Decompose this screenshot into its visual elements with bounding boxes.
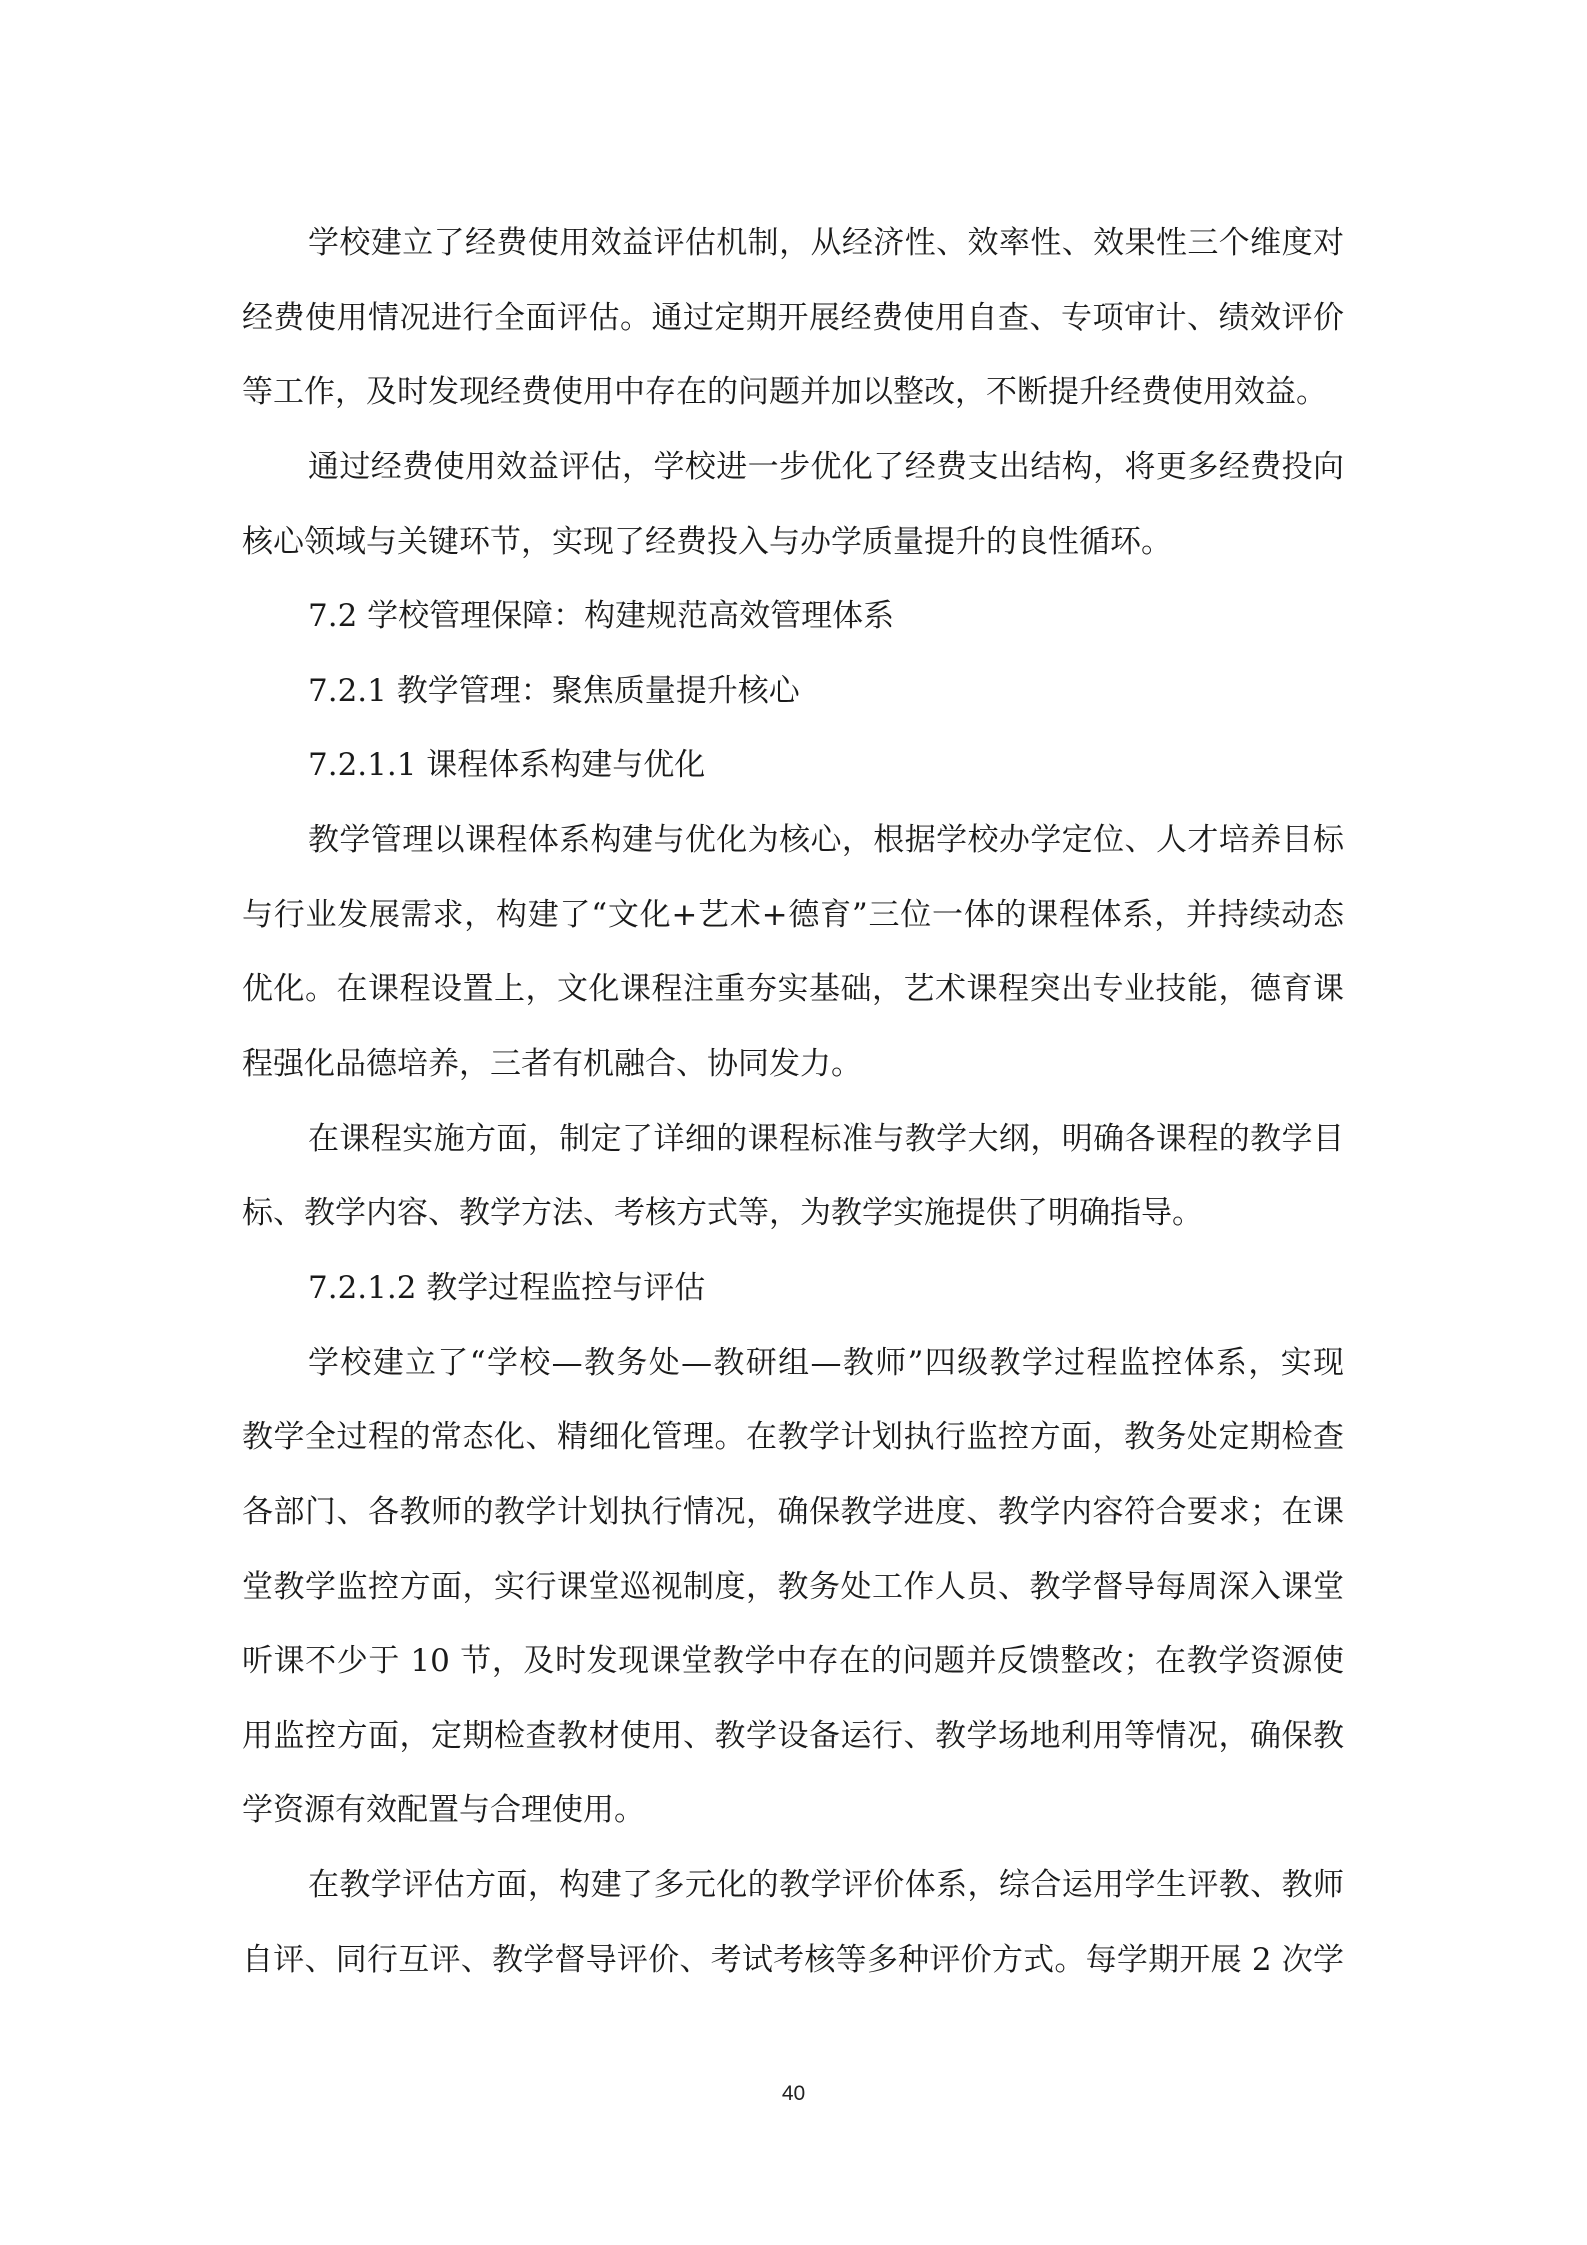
text-line: 自评、同行互评、教学督导评价、考试考核等多种评价方式。每学期开展 2 次学	[242, 1923, 1344, 1998]
text-line: 用监控方面，定期检查教材使用、教学设备运行、教学场地利用等情况，确保教	[242, 1699, 1344, 1774]
paragraph-curriculum-implementation: 在课程实施方面，制定了详细的课程标准与教学大纲，明确各课程的教学目 标、教学内容…	[242, 1102, 1344, 1251]
page-body: 学校建立了经费使用效益评估机制，从经济性、效率性、效果性三个维度对 经费使用情况…	[242, 206, 1344, 1997]
paragraph-teaching-monitoring: 学校建立了“学校—教务处—教研组—教师”四级教学过程监控体系，实现 教学全过程的…	[242, 1326, 1344, 1848]
text-line: 学资源有效配置与合理使用。	[242, 1773, 1344, 1848]
paragraph-curriculum-system: 教学管理以课程体系构建与优化为核心，根据学校办学定位、人才培养目标 与行业发展需…	[242, 803, 1344, 1102]
paragraph-funding-structure: 通过经费使用效益评估，学校进一步优化了经费支出结构，将更多经费投向 核心领域与关…	[242, 430, 1344, 579]
text-line: 优化。在课程设置上，文化课程注重夯实基础，艺术课程突出专业技能，德育课	[242, 952, 1344, 1027]
heading-7-2-1-2: 7.2.1.2 教学过程监控与评估	[242, 1251, 1344, 1326]
text-line: 与行业发展需求，构建了“文化+艺术+德育”三位一体的课程体系，并持续动态	[242, 878, 1344, 953]
text-line: 听课不少于 10 节，及时发现课堂教学中存在的问题并反馈整改；在教学资源使	[242, 1624, 1344, 1699]
heading-7-2-1: 7.2.1 教学管理：聚焦质量提升核心	[242, 654, 1344, 729]
text-line: 等工作，及时发现经费使用中存在的问题并加以整改，不断提升经费使用效益。	[242, 355, 1344, 430]
heading-7-2: 7.2 学校管理保障：构建规范高效管理体系	[242, 579, 1344, 654]
page-number: 40	[0, 2082, 1587, 2106]
text-line: 经费使用情况进行全面评估。通过定期开展经费使用自查、专项审计、绩效评价	[242, 281, 1344, 356]
paragraph-funding-evaluation: 学校建立了经费使用效益评估机制，从经济性、效率性、效果性三个维度对 经费使用情况…	[242, 206, 1344, 430]
text-line: 教学全过程的常态化、精细化管理。在教学计划执行监控方面，教务处定期检查	[242, 1400, 1344, 1475]
text-line: 通过经费使用效益评估，学校进一步优化了经费支出结构，将更多经费投向	[242, 430, 1344, 505]
text-line: 核心领域与关键环节，实现了经费投入与办学质量提升的良性循环。	[242, 505, 1344, 580]
paragraph-teaching-evaluation: 在教学评估方面，构建了多元化的教学评价体系，综合运用学生评教、教师 自评、同行互…	[242, 1848, 1344, 1997]
text-line: 标、教学内容、教学方法、考核方式等，为教学实施提供了明确指导。	[242, 1176, 1344, 1251]
text-line: 堂教学监控方面，实行课堂巡视制度，教务处工作人员、教学督导每周深入课堂	[242, 1550, 1344, 1625]
text-line: 在教学评估方面，构建了多元化的教学评价体系，综合运用学生评教、教师	[242, 1848, 1344, 1923]
text-line: 学校建立了经费使用效益评估机制，从经济性、效率性、效果性三个维度对	[242, 206, 1344, 281]
text-line: 各部门、各教师的教学计划执行情况，确保教学进度、教学内容符合要求；在课	[242, 1475, 1344, 1550]
heading-7-2-1-1: 7.2.1.1 课程体系构建与优化	[242, 728, 1344, 803]
document-page: 学校建立了经费使用效益评估机制，从经济性、效率性、效果性三个维度对 经费使用情况…	[0, 0, 1587, 2245]
text-line: 程强化品德培养，三者有机融合、协同发力。	[242, 1027, 1344, 1102]
text-line: 教学管理以课程体系构建与优化为核心，根据学校办学定位、人才培养目标	[242, 803, 1344, 878]
text-line: 学校建立了“学校—教务处—教研组—教师”四级教学过程监控体系，实现	[242, 1326, 1344, 1401]
text-line: 在课程实施方面，制定了详细的课程标准与教学大纲，明确各课程的教学目	[242, 1102, 1344, 1177]
